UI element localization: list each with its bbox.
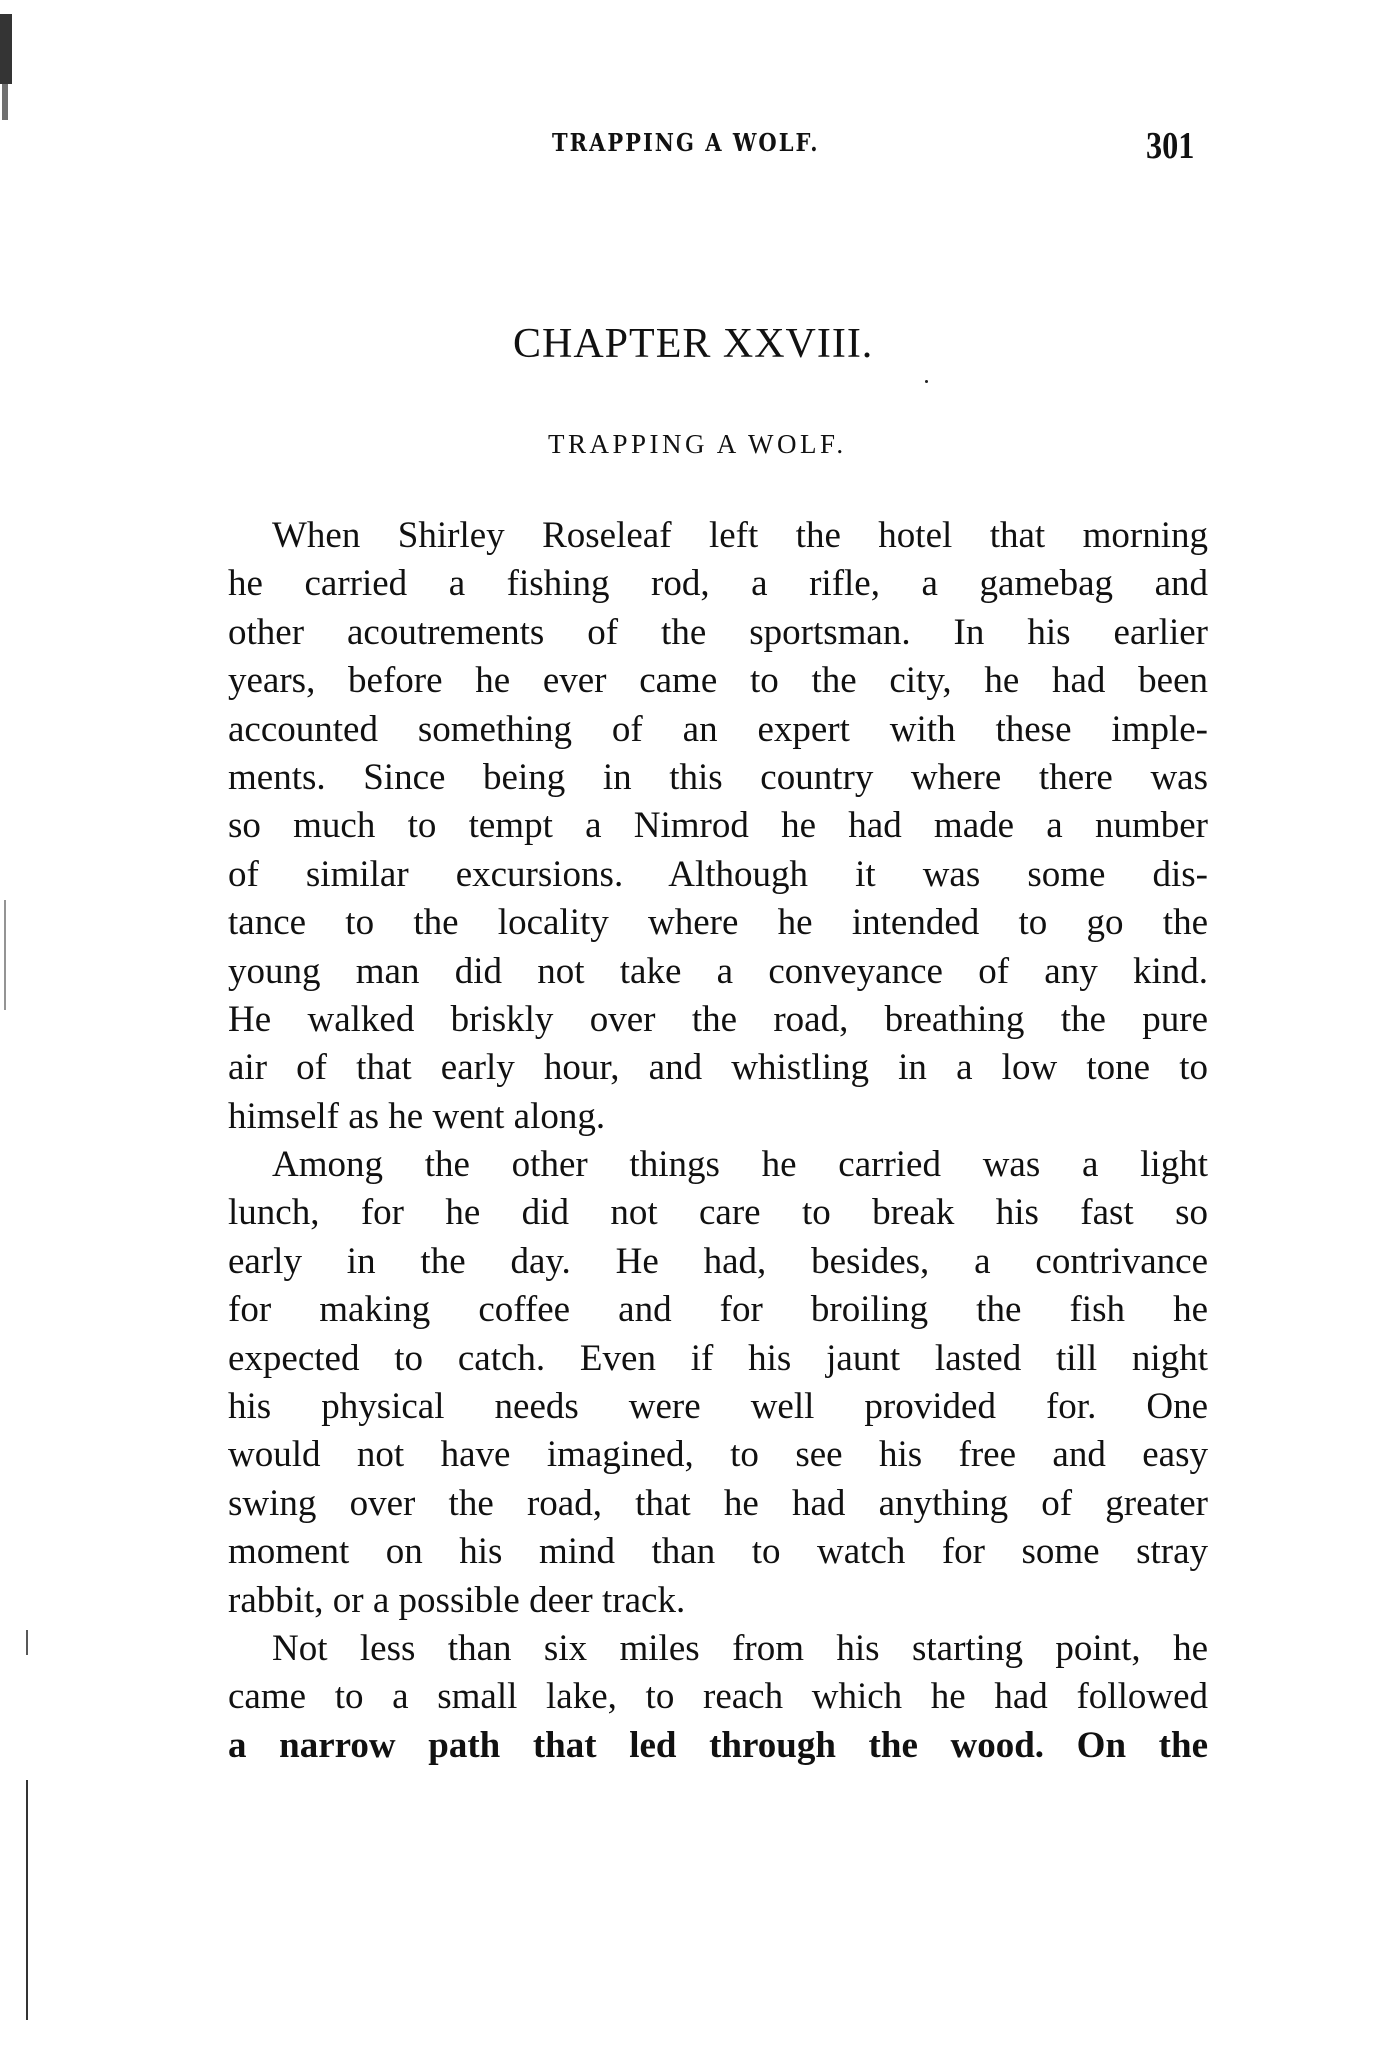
text-line: Among the other things he carried was a … — [228, 1141, 1208, 1189]
text-line: himself as he went along. — [228, 1093, 1208, 1141]
text-line: He walked briskly over the road, breathi… — [228, 996, 1208, 1044]
body-text: When Shirley Roseleaf left the hotel tha… — [228, 512, 1208, 1770]
scan-artifact — [26, 1630, 28, 1655]
text-line: would not have imagined, to see his free… — [228, 1431, 1208, 1479]
text-line: a narrow path that led through the wood.… — [228, 1722, 1208, 1770]
text-line: ments. Since being in this country where… — [228, 754, 1208, 802]
text-line: early in the day. He had, besides, a con… — [228, 1238, 1208, 1286]
scan-artifact — [4, 900, 6, 1010]
text-line: accounted something of an expert with th… — [228, 706, 1208, 754]
running-header-title: TRAPPING A WOLF. — [552, 128, 892, 157]
text-line: lunch, for he did not care to break his … — [228, 1189, 1208, 1237]
text-line: young man did not take a conveyance of a… — [228, 948, 1208, 996]
scan-artifact — [0, 14, 12, 84]
chapter-title: CHAPTER XXVIII. — [513, 320, 933, 368]
text-line: so much to tempt a Nimrod he had made a … — [228, 802, 1208, 850]
text-line: moment on his mind than to watch for som… — [228, 1528, 1208, 1576]
page-number: 301 — [1146, 124, 1194, 168]
text-line: expected to catch. Even if his jaunt las… — [228, 1335, 1208, 1383]
text-line: air of that early hour, and whistling in… — [228, 1044, 1208, 1092]
text-line: he carried a fishing rod, a rifle, a gam… — [228, 560, 1208, 608]
scan-artifact — [925, 380, 928, 383]
text-line: other acoutrements of the sportsman. In … — [228, 609, 1208, 657]
scan-artifact — [2, 84, 8, 120]
text-line: his physical needs were well provided fo… — [228, 1383, 1208, 1431]
text-line: years, before he ever came to the city, … — [228, 657, 1208, 705]
text-line: When Shirley Roseleaf left the hotel tha… — [228, 512, 1208, 560]
text-line: Not less than six miles from his startin… — [228, 1625, 1208, 1673]
text-line: tance to the locality where he intended … — [228, 899, 1208, 947]
scan-artifact — [26, 1780, 28, 2020]
book-page: TRAPPING A WOLF. 301 CHAPTER XXVIII. TRA… — [0, 0, 1384, 2046]
text-line: swing over the road, that he had anythin… — [228, 1480, 1208, 1528]
text-line: for making coffee and for broiling the f… — [228, 1286, 1208, 1334]
chapter-subtitle: TRAPPING A WOLF. — [548, 429, 847, 460]
text-line: rabbit, or a possible deer track. — [228, 1577, 1208, 1625]
text-line: of similar excursions. Although it was s… — [228, 851, 1208, 899]
text-line: came to a small lake, to reach which he … — [228, 1673, 1208, 1721]
